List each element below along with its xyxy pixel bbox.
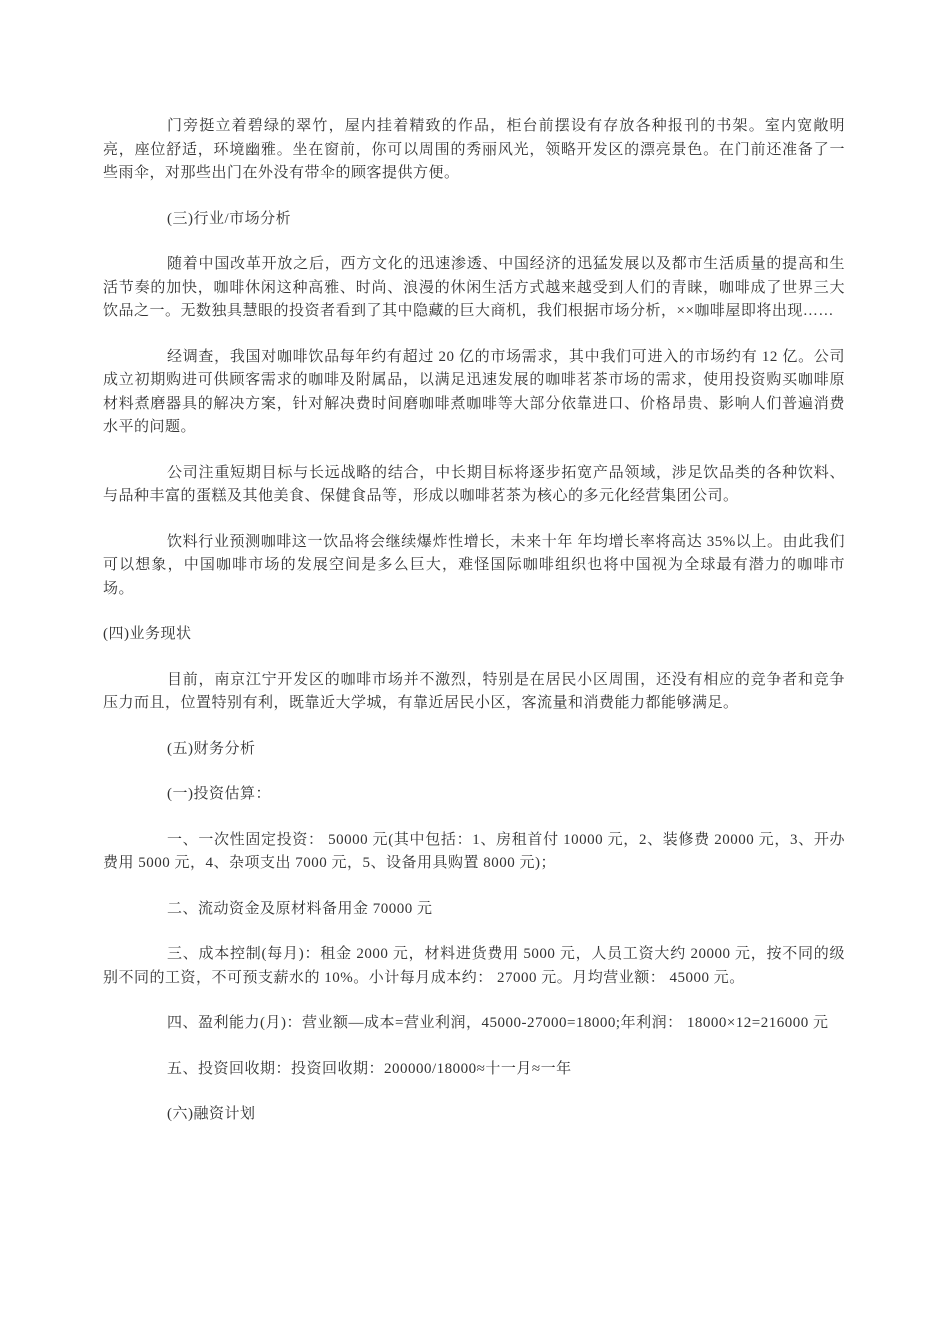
document-body: 门旁挺立着碧绿的翠竹，屋内挂着精致的作品，柜台前摆设有存放各种报刊的书架。室内宽… (103, 115, 845, 1127)
heading-financing-plan: (六)融资计划 (103, 1103, 845, 1127)
heading-industry-market-analysis: (三)行业/市场分析 (103, 208, 845, 232)
heading-investment-estimate: (一)投资估算： (103, 783, 845, 807)
paragraph-business-status: 目前，南京江宁开发区的咖啡市场并不激烈，特别是在居民小区周围，还没有相应的竞争者… (103, 669, 845, 716)
heading-financial-analysis: (五)财务分析 (103, 738, 845, 762)
paragraph-company-goals: 公司注重短期目标与长远战略的结合，中长期目标将逐步拓宽产品领域，涉足饮品类的各种… (103, 462, 845, 509)
paragraph-profitability: 四、盈利能力(月)：营业额—成本=营业利润，45000-27000=18000;… (103, 1012, 845, 1036)
paragraph-working-capital: 二、流动资金及原材料备用金 70000 元 (103, 898, 845, 922)
heading-business-status: (四)业务现状 (103, 623, 845, 647)
document-page: 门旁挺立着碧绿的翠竹，屋内挂着精致的作品，柜台前摆设有存放各种报刊的书架。室内宽… (0, 0, 950, 1344)
paragraph-payback-period: 五、投资回收期：投资回收期：200000/18000≈十一月≈一年 (103, 1058, 845, 1082)
paragraph-fixed-investment: 一、一次性固定投资： 50000 元(其中包括：1、房租首付 10000 元，2… (103, 829, 845, 876)
paragraph-market-survey: 经调查，我国对咖啡饮品每年约有超过 20 亿的市场需求，其中我们可进入的市场约有… (103, 346, 845, 440)
paragraph-shop-environment: 门旁挺立着碧绿的翠竹，屋内挂着精致的作品，柜台前摆设有存放各种报刊的书架。室内宽… (103, 115, 845, 186)
paragraph-coffee-trend: 随着中国改革开放之后，西方文化的迅速渗透、中国经济的迅猛发展以及都市生活质量的提… (103, 253, 845, 324)
paragraph-industry-forecast: 饮料行业预测咖啡这一饮品将会继续爆炸性增长，未来十年 年均增长率将高达 35%以… (103, 531, 845, 602)
paragraph-cost-control: 三、成本控制(每月)：租金 2000 元，材料进货费用 5000 元，人员工资大… (103, 943, 845, 990)
